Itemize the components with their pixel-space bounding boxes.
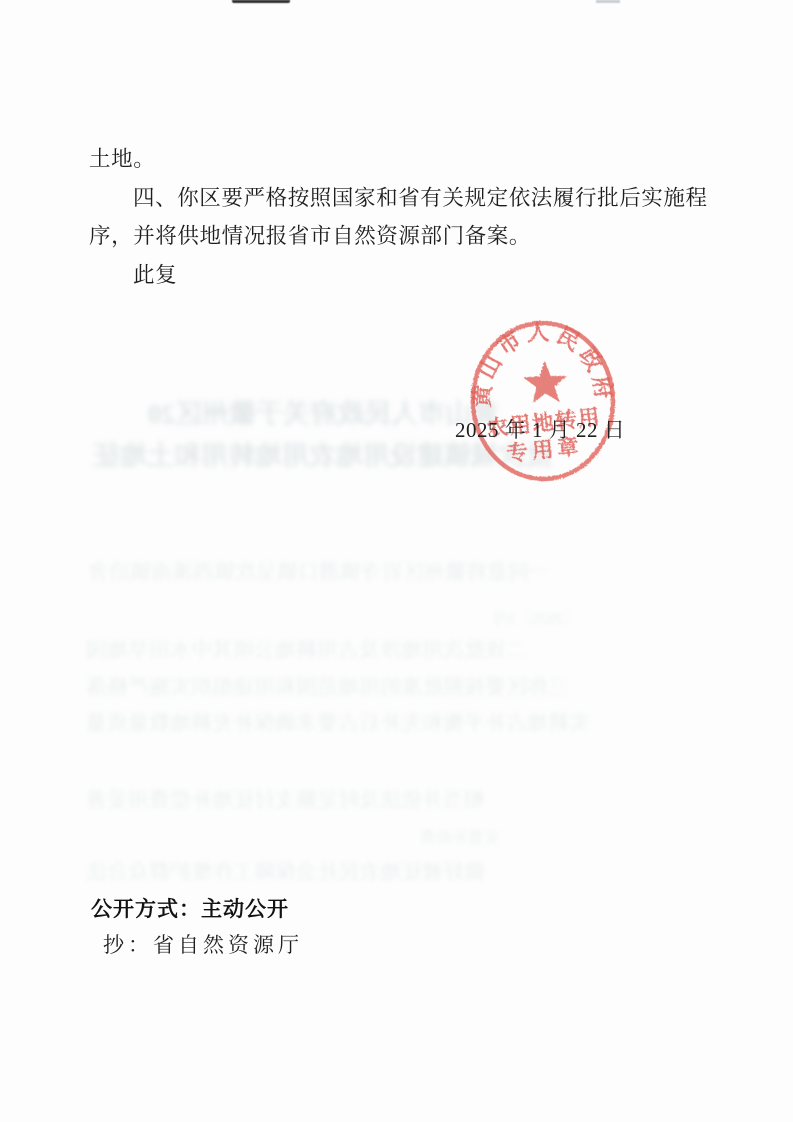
body-line: 此复 bbox=[89, 256, 714, 295]
official-seal: 黄山市人民政府 农用地转用 专用章 bbox=[466, 318, 621, 484]
body-line: 序，并将供地情况报省市自然资源部门备案。 bbox=[89, 217, 714, 256]
bleedthrough-text: 三你区要按照批准的用地范围和用途组织实施严格落 bbox=[86, 671, 569, 701]
red-star-icon bbox=[523, 360, 568, 403]
scan-artifact bbox=[232, 0, 290, 3]
scan-artifact bbox=[596, 0, 620, 3]
copy-to-label: 抄：省自然资源厅 bbox=[103, 929, 303, 959]
bleedthrough-text: 一同意将徽州区岩寺镇潜口镇呈坎镇西溪南镇洽舍 bbox=[88, 556, 550, 586]
bleedthrough-text: 黄山市人民政府关于徽州区20 bbox=[148, 392, 499, 431]
bleedthrough-text: 相当并依法及时足额支付征地补偿费用妥善 bbox=[86, 784, 485, 814]
bleedthrough-text: 〔2025〕3号 bbox=[492, 606, 580, 629]
scanned-document-page: 黄山市人民政府关于徽州区20 批次城镇建设用地农用地转用和土地征 一同意将徽州区… bbox=[0, 0, 793, 1122]
body-line: 四、你区要严格按照国家和省有关规定依法履行批后实施程 bbox=[89, 179, 714, 218]
bleedthrough-text: 安置补助费 bbox=[420, 825, 500, 848]
document-body: 土地。 四、你区要严格按照国家和省有关规定依法履行批后实施程 序，并将供地情况报… bbox=[89, 140, 714, 294]
body-line: 土地。 bbox=[89, 140, 714, 179]
bleedthrough-text: 实耕地占补平衡和先补后占要求确保补充耕地数量质量 bbox=[86, 707, 590, 737]
bleedthrough-text: 二该批次用地涉及占用耕地公顷其中水田旱地园 bbox=[86, 634, 527, 664]
document-date: 2025 年 1 月 22 日 bbox=[455, 414, 625, 444]
publicity-method-label: 公开方式：主动公开 bbox=[91, 893, 289, 923]
bleedthrough-text: 做好被征地农民社会保障工作维护群众合法 bbox=[86, 856, 485, 886]
